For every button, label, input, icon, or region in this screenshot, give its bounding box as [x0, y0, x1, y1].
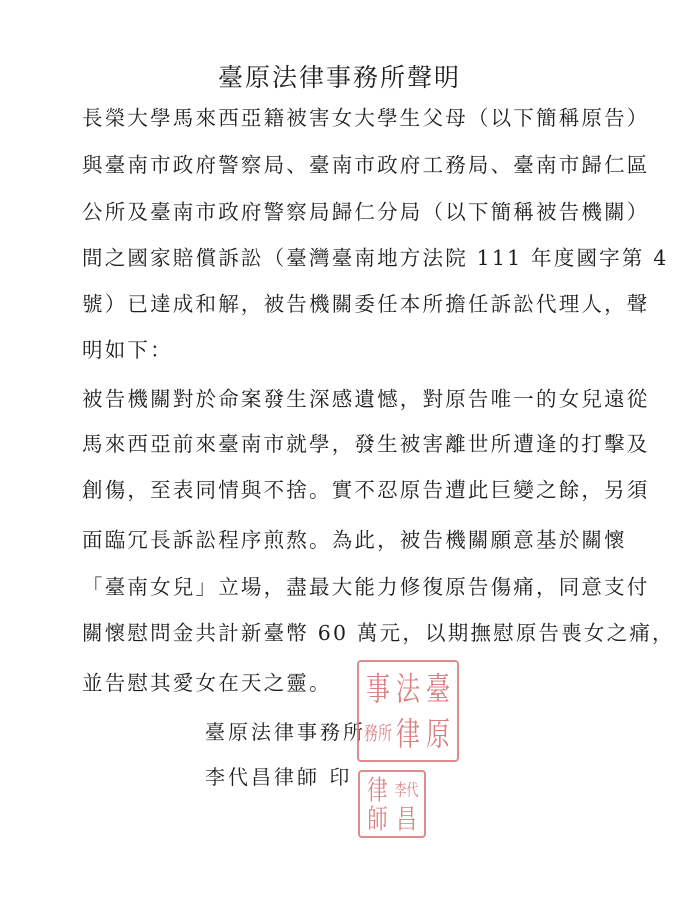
seal-char: 務所 [363, 703, 393, 764]
seal-char: 原 [423, 703, 453, 764]
text-line: 並告慰其愛女在天之靈。 [82, 669, 602, 697]
seal-char: 昌 [392, 799, 421, 838]
text-line: 被告機關對於命案發生深感遺憾，對原告唯一的女兒遠從 [82, 385, 602, 413]
text-line: 面臨冗長訴訟程序煎熬。為此，被告機關願意基於關懷 [82, 526, 602, 554]
text-line: 號）已達成和解，被告機關委任本所擔任訴訟代理人，聲 [82, 290, 602, 318]
signature-lawyer: 李代昌律師 印 [205, 761, 352, 790]
text-line: 間之國家賠償訴訟（臺灣臺南地方法院 111 年度國字第 4 [82, 244, 602, 272]
seal-char: 律 [393, 703, 423, 764]
text-line: 長榮大學馬來西亞籍被害女大學生父母（以下簡稱原告） [82, 104, 602, 132]
text-line: 「臺南女兒」立場，盡最大能力修復原告傷痛，同意支付 [82, 573, 602, 601]
signature-firm: 臺原法律事務所 [205, 716, 366, 745]
document-title: 臺原法律事務所聲明 [0, 58, 679, 94]
text-line: 關懷慰問金共計新臺幣 60 萬元，以期撫慰原告喪女之痛， [82, 619, 602, 647]
firm-seal-stamp: 臺 原 法 律 事 務所 [357, 660, 459, 762]
text-line: 馬來西亞前來臺南市就學，發生被害離世所遭逢的打擊及 [82, 430, 602, 458]
seal-char: 師 [363, 799, 392, 838]
lawyer-seal-stamp: 李代 昌 律 師 [358, 770, 426, 838]
text-line: 公所及臺南市政府警察局歸仁分局（以下簡稱被告機關） [82, 198, 602, 226]
text-line: 創傷，至表同情與不捨。實不忍原告遭此巨變之餘，另須 [82, 476, 602, 504]
text-line: 與臺南市政府警察局、臺南市政府工務局、臺南市歸仁區 [82, 151, 602, 179]
text-line: 明如下： [82, 336, 602, 364]
